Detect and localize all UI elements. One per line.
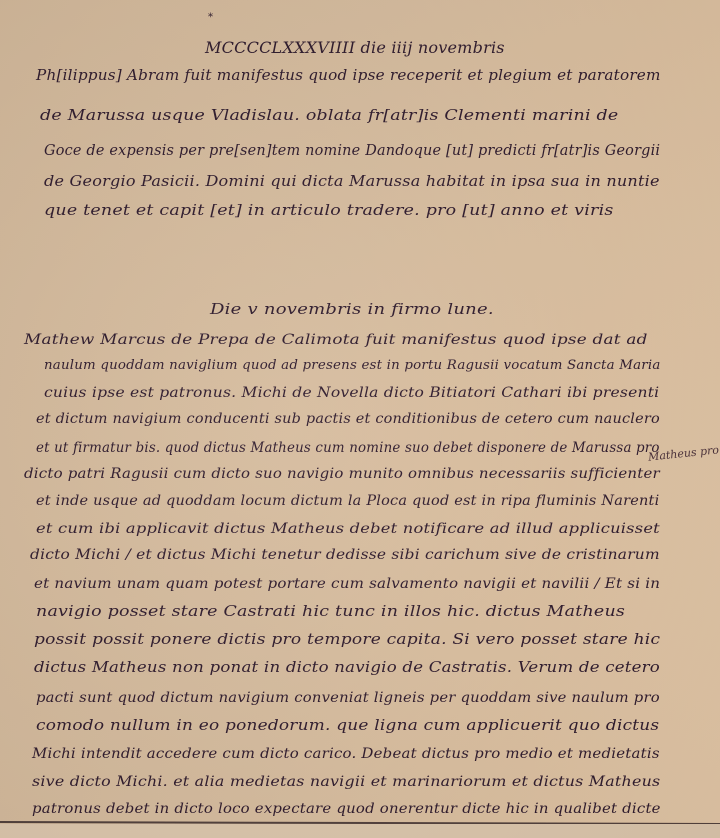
section2-line-1: Mathew Marcus de Prepa de Calimota fuit … — [24, 332, 648, 348]
section2-line-12: possit possit ponere dictis pro tempore … — [34, 632, 660, 648]
section2-line-11: navigio posset stare Castrati hic tunc i… — [36, 604, 625, 620]
section2-line-4: et dictum navigium conducenti sub pactis… — [36, 411, 660, 427]
section2-line-5: et ut firmatur bis. quod dictus Matheus … — [36, 440, 660, 456]
section2-line-15: comodo nullum in eo ponedorum. que ligna… — [36, 718, 659, 734]
section2-line-17: sive dicto Michi. et alia medietas navig… — [32, 774, 660, 790]
section2-line-18: patronus debet in dicto loco expectare q… — [32, 801, 661, 817]
section1-line-3: Goce de expensis per pre[sen]tem nomine … — [44, 143, 660, 159]
section1-heading: MCCCCLXXXVIIII die iiij novembris — [205, 38, 505, 57]
section2-line-14: pacti sunt quod dictum navigium convenia… — [36, 690, 660, 706]
section2-line-9: dicto Michi / et dictus Michi tenetur de… — [30, 547, 660, 563]
section2-line-2: naulum quoddam naviglium quod ad presens… — [44, 358, 661, 373]
manuscript-page: * MCCCCLXXXVIIII die iiij novembris Ph[i… — [0, 0, 720, 838]
section1-line-2: de Marussa usque Vladislau. oblata fr[at… — [40, 108, 618, 124]
bottom-paper-edge — [0, 824, 720, 838]
section2-line-6: dicto patri Ragusii cum dicto suo navigi… — [24, 466, 660, 482]
section1-line-4: de Georgio Pasicii. Domini qui dicta Mar… — [44, 174, 660, 190]
section2-line-16: Michi intendit accedere cum dicto carico… — [32, 746, 660, 762]
top-mark: * — [208, 12, 213, 23]
section2-line-13: dictus Matheus non ponat in dicto navigi… — [34, 660, 660, 676]
section2-line-3: cuius ipse est patronus. Michi de Novell… — [44, 385, 659, 401]
section2-line-7: et inde usque ad quoddam locum dictum la… — [36, 493, 659, 509]
section2-line-8: et cum ibi applicavit dictus Matheus deb… — [36, 521, 660, 537]
section1-line-1: Ph[ilippus] Abram fuit manifestus quod i… — [36, 68, 661, 84]
section1-line-5: que tenet et capit [et] in articulo trad… — [44, 203, 614, 219]
section2-line-10: et navium unam quam potest portare cum s… — [34, 576, 660, 592]
section2-heading: Die v novembris in firmo lune. — [210, 300, 494, 318]
